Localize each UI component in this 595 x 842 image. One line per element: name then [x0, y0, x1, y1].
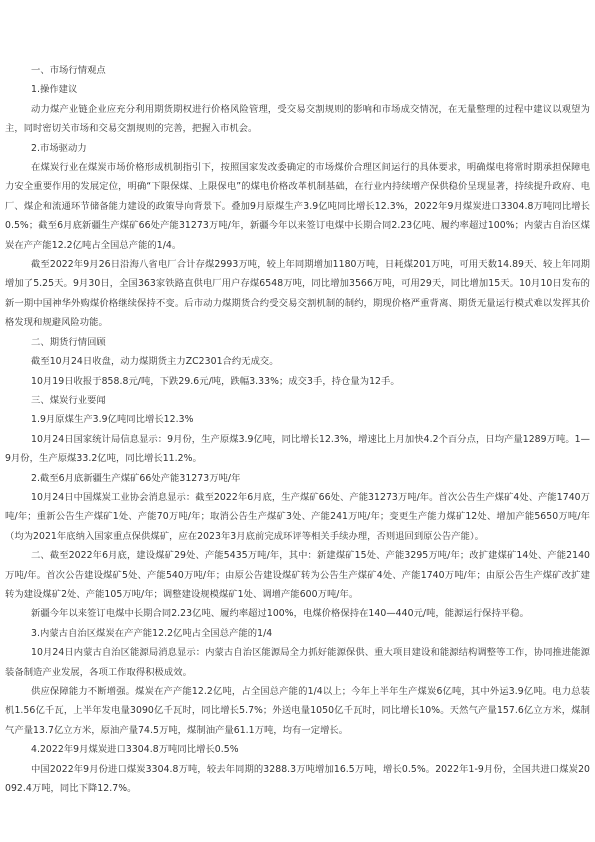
paragraph: 在煤炭行业在煤炭市场价格形成机制指引下，按照国家发改委确定的市场煤价合理区间运行…	[5, 158, 590, 255]
paragraph: 10月24日内蒙古自治区能源局消息显示：内蒙古自治区能源局全力抓好能源保供、重大…	[5, 643, 590, 682]
section-heading-futures-review: 二、期货行情回顾	[5, 333, 590, 352]
subheading-news-1: 1.9月原煤生产3.9亿吨同比增长12.3%	[5, 410, 590, 429]
paragraph: 供应保障能力不断增强。煤炭在产产能12.2亿吨，占全国总产能的1/4以上；今年上…	[5, 682, 590, 740]
paragraph: 动力煤产业链企业应充分利用期货期权进行价格风险管理，受交易交割规则的影响和市场成…	[5, 100, 590, 139]
paragraph: 10月19日收报于858.8元/吨，下跌29.6元/吨，跌幅3.33%；成交3手…	[5, 372, 590, 391]
subheading-news-3: 3.内蒙古自治区煤炭在产产能12.2亿吨占全国总产能的1/4	[5, 624, 590, 643]
paragraph: 10月24日中国煤炭工业协会消息显示：截至2022年6月底，生产煤矿66处、产能…	[5, 488, 590, 546]
subheading-operation-advice: 1.操作建议	[5, 80, 590, 99]
paragraph: 新疆今年以来签订电煤中长期合同2.23亿吨、履约率超过100%，电煤价格保持在1…	[5, 604, 590, 623]
subheading-news-2: 2.截至6月底新疆生产煤矿66处产能31273万吨/年	[5, 469, 590, 488]
section-heading-industry-news: 三、煤炭行业要闻	[5, 391, 590, 410]
subheading-news-4: 4.2022年9月煤炭进口3304.8万吨同比增长0.5%	[5, 740, 590, 759]
paragraph: 中国2022年9月份进口煤炭3304.8万吨，较去年同期的3288.3万吨增加1…	[5, 760, 590, 799]
paragraph: 截至2022年9月26日沿海八省电厂合计存煤2993万吨，较上年同期增加1180…	[5, 255, 590, 333]
section-heading-market-view: 一、市场行情观点	[5, 61, 590, 80]
paragraph: 10月24日国家统计局信息显示：9月份，生产原煤3.9亿吨，同比增长12.3%，…	[5, 430, 590, 469]
paragraph: 截至10月24日收盘，动力煤期货主力ZC2301合约无成交。	[5, 352, 590, 371]
document-page: 一、市场行情观点 1.操作建议 动力煤产业链企业应充分利用期货期权进行价格风险管…	[5, 61, 590, 798]
paragraph: 二、截至2022年6月底，建设煤矿29处、产能5435万吨/年，其中：新建煤矿1…	[5, 546, 590, 604]
subheading-market-drivers: 2.市场驱动力	[5, 139, 590, 158]
